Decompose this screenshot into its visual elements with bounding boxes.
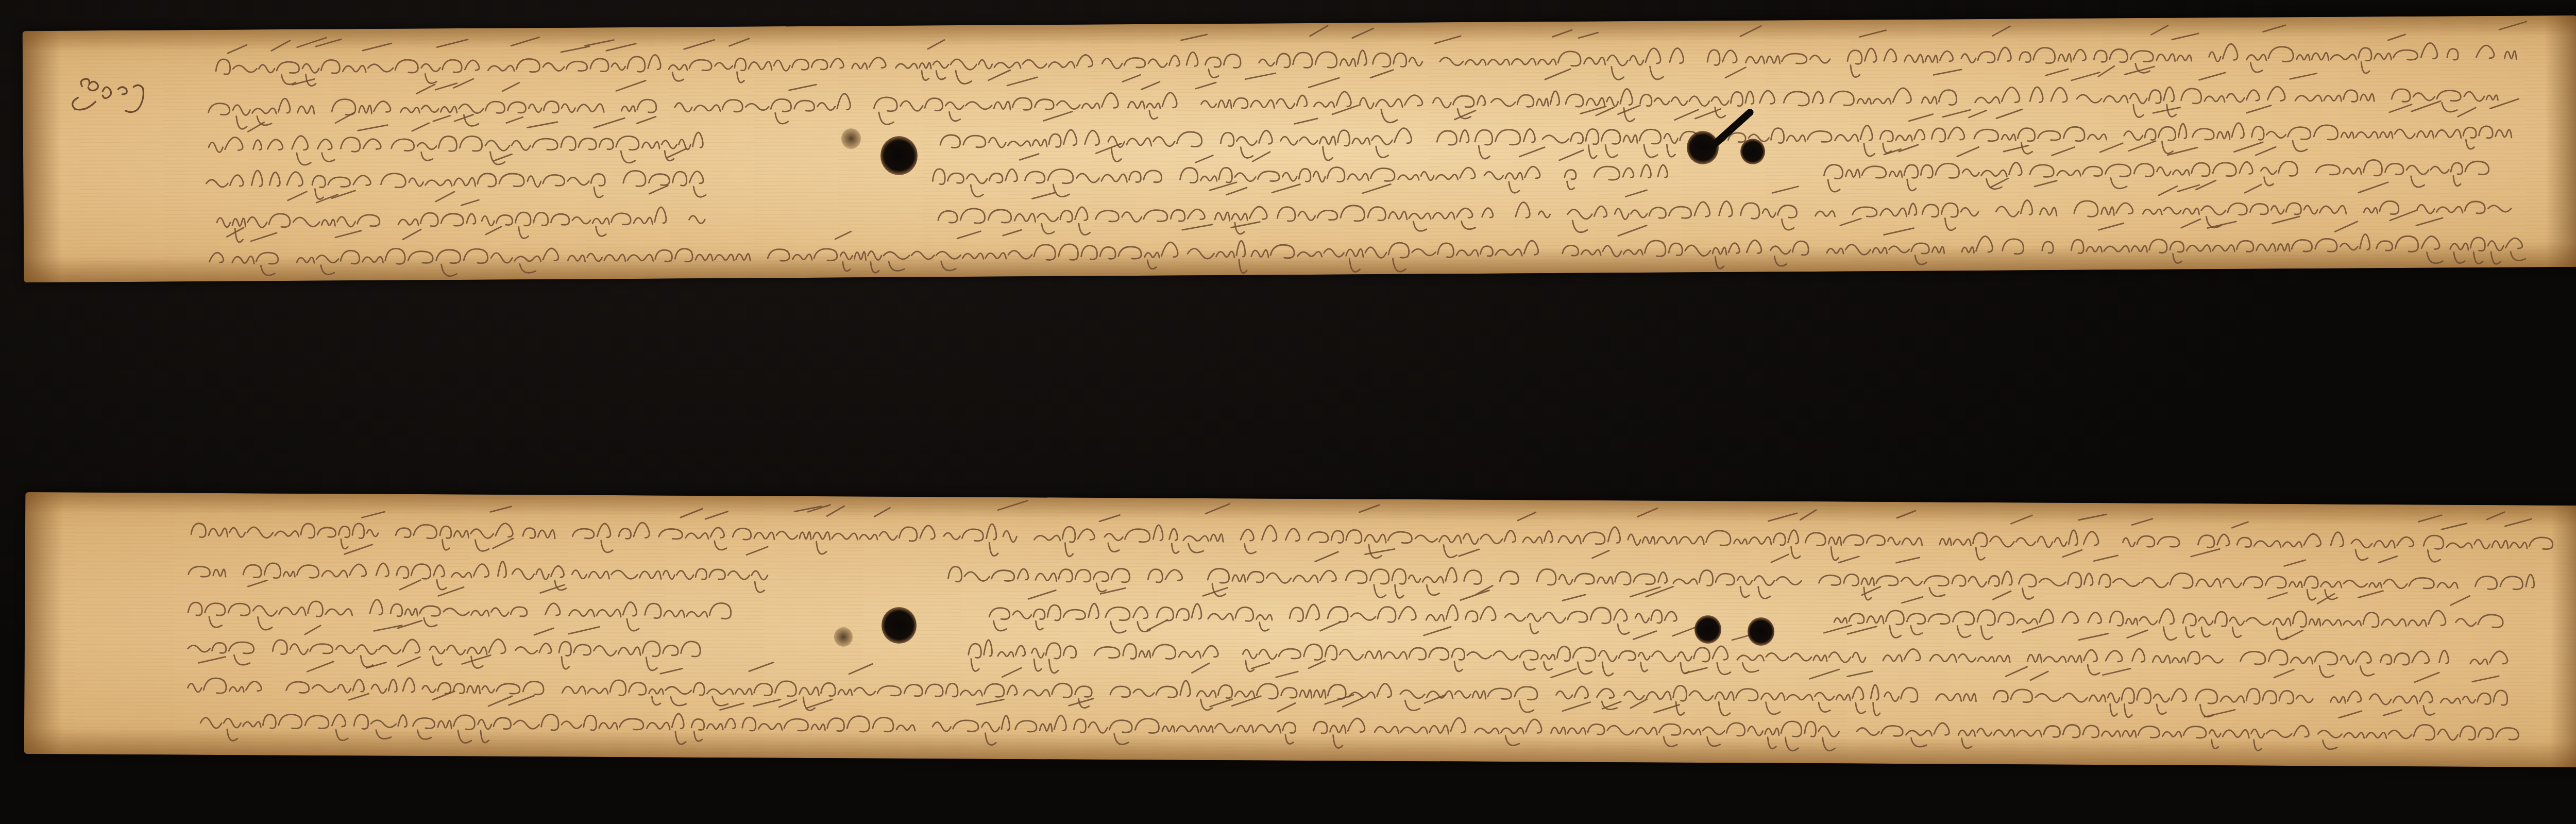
script-line [206,148,706,200]
script-lines-lower [24,492,2576,767]
binding-hole [841,128,861,149]
script-line [209,210,2526,280]
binding-hole [834,627,853,647]
binding-hole [882,607,916,644]
binding-hole [1748,617,1775,646]
script-line [1824,139,2489,192]
script-line [188,579,731,632]
script-line [188,619,701,671]
script-line [938,175,2511,237]
script-line [989,583,1677,635]
binding-hole [1694,615,1722,644]
script-line [209,111,703,166]
script-line [208,61,2498,130]
script-line [948,543,2534,604]
palm-leaf-lower [24,492,2576,767]
binding-hole [1740,139,1765,164]
binding-hole [880,136,918,175]
palm-leaf-upper [23,15,2576,282]
script-line [1834,586,2503,642]
script-line [188,653,2507,719]
script-line [933,140,1668,197]
script-lines-upper [23,15,2576,282]
script-line [216,186,705,243]
script-line [188,536,768,592]
script-line [200,688,2519,755]
